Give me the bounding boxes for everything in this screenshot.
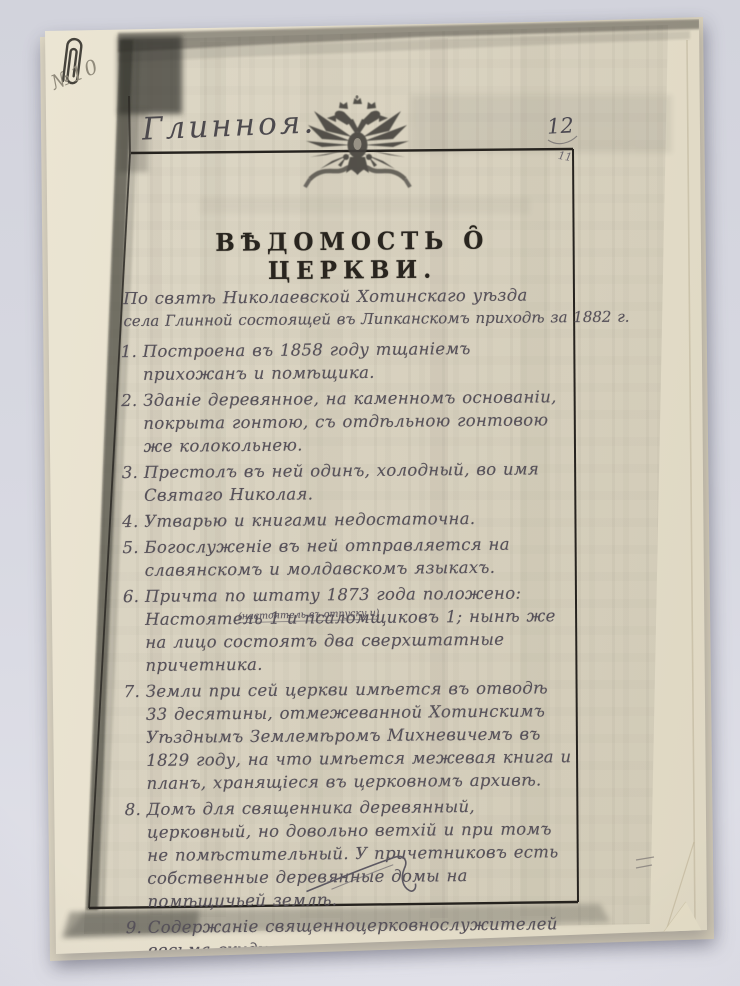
ledger-item: 2. Зданіе деревянное, на каменномъ основ… [124, 385, 572, 458]
document-title: ВѢДОМОСТЬ О̑ ЦЕРКВИ. [131, 226, 574, 287]
item-text: Утварью и книгами недостаточна. [144, 509, 475, 531]
paper-sheet-shadow: №10 Глинноя. 12 11 [0, 0, 740, 986]
paper-sheet: №10 Глинноя. 12 11 [0, 0, 740, 986]
ledger-item: 4. Утварью и книгами недостаточна. [125, 506, 572, 533]
subtitle-line: села Глинной состоящей въ Липканскомъ пр… [123, 306, 570, 333]
item-number: 5. [122, 536, 139, 559]
item-number: 3. [122, 461, 139, 484]
ledger-item: 6. Причта по штату 1873 года положено: Н… [126, 581, 574, 677]
item-text: Зданіе деревянное, на каменномъ основані… [143, 387, 557, 456]
ledger-item: 9. Содержаніе священноцерковнослужителей… [129, 912, 577, 985]
item-text: Содержаніе священноцерковнослужителей ве… [148, 914, 558, 983]
item-number: 1. [121, 340, 138, 363]
ledger-item: 3. Престолъ въ ней одинъ, холодный, во и… [125, 457, 572, 507]
item-text: Земли при сей церкви имѣется въ отводѣ 3… [146, 678, 572, 793]
item-number: 2. [121, 389, 138, 412]
item-number: 4. [122, 510, 139, 533]
ledger-item: 5. Богослуженіе въ ней отправляется на с… [125, 532, 572, 582]
item-number: 8. [125, 798, 142, 821]
item-text: Причта по штату 1873 года положено: Наст… [145, 584, 556, 675]
document-subtitle: По святѣ Николаевской Хотинскаго уѣзда с… [123, 283, 570, 333]
ledger-item: 1. Построена въ 1858 году тщаніемъ прихо… [124, 336, 571, 386]
item-number: 6. [123, 585, 140, 608]
photo-scene: №10 Глинноя. 12 11 [0, 0, 740, 986]
item-text: Престолъ въ ней одинъ, холодный, во имя … [144, 459, 539, 504]
signature-flourish-icon [301, 840, 452, 903]
item-number: 9. [126, 916, 143, 939]
item-text: Богослуженіе въ ней отправляется на слав… [144, 535, 509, 580]
item-text: Построена въ 1858 году тщаніемъ прихожан… [143, 339, 471, 384]
item-number: 7. [124, 680, 141, 703]
form-content: ВѢДОМОСТЬ О̑ ЦЕРКВИ. По святѣ Николаевск… [0, 0, 740, 986]
ledger-item: 7. Земли при сей церкви имѣется въ отвод… [127, 676, 575, 795]
